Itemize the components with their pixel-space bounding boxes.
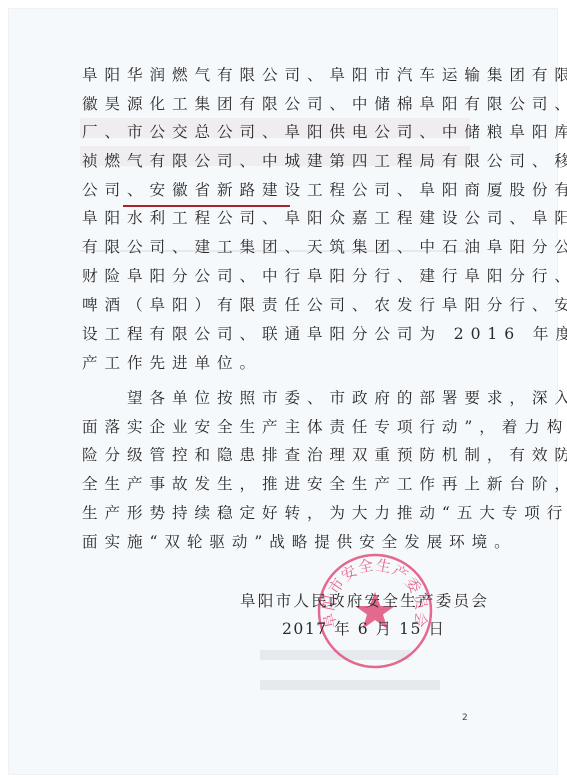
bleed-through-mark <box>260 680 440 690</box>
page-number: 2 <box>462 713 468 723</box>
text-line: 祯燃气有限公司、中城建第四工程局有限公司、移动阜阳分 <box>82 150 567 172</box>
highlight-underline <box>123 205 290 207</box>
text-line: 阜阳华润燃气有限公司、阜阳市汽车运输集团有限公司、安 <box>82 64 567 86</box>
signature-organization: 阜阳市人民政府安全生产委员会 <box>240 590 489 612</box>
text-line: 啤酒（阜阳）有限责任公司、农发行阜阳分行、安徽明珠建 <box>82 294 567 316</box>
text-line: 生产形势持续稳定好转，为大力推动“五大专项行动”、全 <box>82 502 567 524</box>
text-line: 有限公司、建工集团、天筑集团、中石油阜阳分公司、中国 <box>82 236 567 258</box>
text-line: 险分级管控和隐患排查治理双重预防机制，有效防范各类安 <box>82 444 567 466</box>
text-line: 产工作先进单位。 <box>82 352 262 374</box>
text-line: 全生产事故发生，推进安全生产工作再上新台阶，确保安全 <box>82 473 567 495</box>
text-line: 阜阳水利工程公司、阜阳众嘉工程建设公司、阜阳华润电力 <box>82 207 567 229</box>
text-line: 厂、市公交总公司、阜阳供电公司、中储粮阜阳库、安徽国 <box>82 121 567 143</box>
text-line: 面落实企业安全生产主体责任专项行动”，着力构建安全风 <box>82 416 567 438</box>
text-line: 财险阜阳分公司、中行阜阳分行、建行阜阳分行、华润雪花 <box>82 265 567 287</box>
text-line: 望各单位按照市委、市政府的部署要求，深入开展“全 <box>127 387 567 409</box>
text-line: 面实施“双轮驱动”战略提供安全发展环境。 <box>82 531 517 553</box>
signature-date: 2017 年 6 月 15 日 <box>282 618 446 640</box>
text-line: 设工程有限公司、联通阜阳分公司为 2016 年度全市安全生 <box>82 323 567 345</box>
text-line: 徽昊源化工集团有限公司、中储棉阜阳有限公司、阜阳卷烟 <box>82 93 567 115</box>
text-line: 公司、安徽省新路建设工程公司、阜阳商厦股份有限公司、 <box>82 179 567 201</box>
